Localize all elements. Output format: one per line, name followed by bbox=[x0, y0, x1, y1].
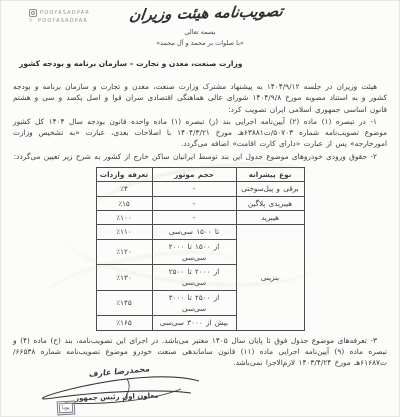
tariff-table: نوع پیشرانه حجم موتور تعرفه واردات برقی … bbox=[96, 167, 305, 331]
watermark-handle: POOYASADPAR bbox=[40, 9, 90, 17]
cell-engine: - bbox=[152, 210, 236, 224]
cell-engine: از ۲۵۰۰ تا ۳۰۰۰ سی‌سی bbox=[152, 290, 236, 316]
document-body: هیئت وزیران در جلسه ۱۴۰۴/۹/۱۲ به پیشنهاد… bbox=[13, 81, 387, 370]
table-row: بنزینی تا ۱۵۰۰ سی‌سی ٪۱۱۰ bbox=[96, 225, 304, 239]
col-header-propulsion: نوع پیشرانه bbox=[236, 168, 304, 182]
cell-engine: - bbox=[152, 182, 236, 196]
cell-tariff: ٪۱۱۰ bbox=[96, 225, 152, 239]
cell-engine: تا ۱۵۰۰ سی‌سی bbox=[152, 225, 236, 239]
table-header-row: نوع پیشرانه حجم موتور تعرفه واردات bbox=[96, 168, 304, 182]
besmeleh-line: بسمه تعالی bbox=[1, 28, 399, 36]
watermark-line-1: POOYASADPAR bbox=[29, 9, 90, 17]
cell-engine: بیش از ۳۰۰۰ سی‌سی bbox=[152, 316, 236, 330]
table-row: برقی و پیل‌سوختی - ٪۴ bbox=[96, 182, 304, 196]
cell-tariff: ٪۱۵ bbox=[96, 196, 152, 210]
cell-tariff: ٪۱۰۰ bbox=[96, 210, 152, 224]
letterhead-title: تصویب‌نامه هیئت وزیران bbox=[128, 2, 283, 24]
cell-tariff: ٪۱۳۰ bbox=[96, 265, 152, 291]
clause-2: ۲- حقوق ورودی خودروهای موضوع جدول این بن… bbox=[13, 151, 387, 162]
clause-3: ۳- تعرفه‌های موضوع جدول فوق تا پایان سال… bbox=[13, 335, 387, 369]
cell-propulsion: هیبرید bbox=[236, 210, 304, 224]
cell-propulsion: برقی و پیل‌سوختی bbox=[236, 182, 304, 196]
table-row: هیبرید - ٪۱۰۰ bbox=[96, 210, 304, 224]
addressee-line: وزارت صنعت، معدن و تجارت – سازمان برنامه… bbox=[19, 59, 242, 68]
corner-watermark: POOYASADPAR ☓ POOYASADPAR bbox=[29, 9, 90, 25]
cell-propulsion-gasoline: بنزینی bbox=[236, 225, 304, 330]
cell-tariff: ٪۴ bbox=[96, 182, 152, 196]
x-social-icon: ☓ bbox=[29, 18, 35, 24]
cell-propulsion: هیبریدی پلاگین bbox=[236, 196, 304, 210]
pooya-stamp: پویا bbox=[59, 403, 73, 414]
table-row: هیبریدی پلاگین - ٪۱۵ bbox=[96, 196, 304, 210]
scanned-document-page: POOYASADPAR ☓ POOYASADPAR تصویب‌نامه هیئ… bbox=[0, 0, 400, 417]
cell-engine: از ۱۵۰۰ تا ۲۰۰۰ سی‌سی bbox=[152, 239, 236, 265]
cell-tariff: ٪۱۴۵ bbox=[96, 290, 152, 316]
signature-block: محمدرضا عارف معاون اول رئیس جمهور پویا bbox=[31, 367, 211, 415]
cell-engine: از ۲۰۰۰ تا ۲۵۰۰ سی‌سی bbox=[152, 265, 236, 291]
cell-tariff: ٪۱۶۵ bbox=[96, 316, 152, 330]
letterhead-calligraphy: تصویب‌نامه هیئت وزیران bbox=[130, 4, 283, 22]
instagram-icon bbox=[29, 9, 37, 17]
salawat-line: «با صلوات بر محمد و آل محمد» bbox=[1, 39, 399, 47]
cell-tariff: ٪۱۲۰ bbox=[96, 239, 152, 265]
col-header-tariff: تعرفه واردات bbox=[96, 168, 152, 182]
watermark-handle: POOYASADPAR bbox=[38, 17, 88, 25]
clause-1: ۱- در تبصره (۱) ماده (۲) آیین‌نامه اجرای… bbox=[13, 116, 387, 150]
cell-engine: - bbox=[152, 196, 236, 210]
col-header-engine: حجم موتور bbox=[152, 168, 236, 182]
intro-paragraph: هیئت وزیران در جلسه ۱۴۰۴/۹/۱۲ به پیشنهاد… bbox=[13, 81, 387, 115]
watermark-line-2: ☓ POOYASADPAR bbox=[29, 17, 90, 25]
